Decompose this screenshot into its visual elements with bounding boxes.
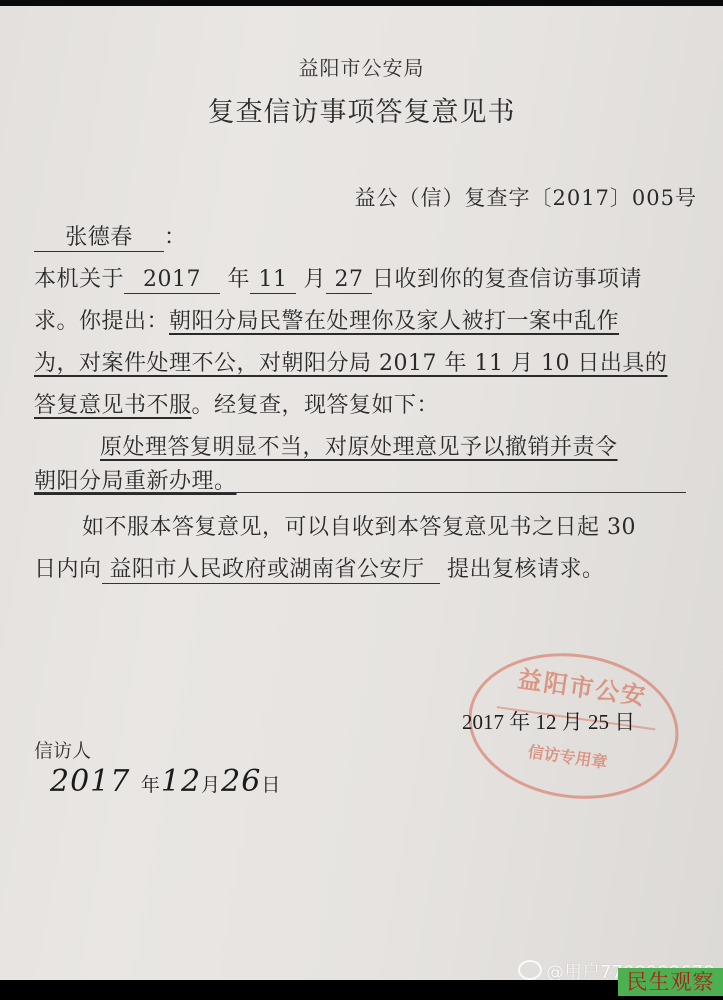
complaint-line-2: 为，对案件处理不公，对朝阳分局 2017 年 11 月 10 日出具的 xyxy=(34,346,667,377)
decision-rule xyxy=(34,492,686,493)
decision-text-1: 原处理答复明显不当，对原处理意见予以撤销并责令 xyxy=(80,435,618,460)
document-title: 复查信访事项答复意见书 xyxy=(0,90,723,129)
hw-day: 26 xyxy=(221,764,261,799)
hw-day-label: 日 xyxy=(261,774,281,796)
year-label: 年 xyxy=(228,267,251,292)
source-badge: 民生观察 xyxy=(618,968,723,996)
month-label: 月 xyxy=(304,267,327,292)
hw-month-label: 月 xyxy=(201,774,221,796)
decision-line-2: 朝阳分局重新办理。 xyxy=(34,464,237,495)
appeal-line-1: 如不服本答复意见，可以自收到本答复意见书之日起 30 xyxy=(82,510,636,541)
appeal-prefix: 日内向 xyxy=(34,557,102,582)
hw-year: 2017 xyxy=(50,764,130,799)
document-number: 益公（信）复查字〔2017〕005号 xyxy=(354,182,697,212)
addressee-name: 张德春 xyxy=(34,225,164,252)
received-day: 27 xyxy=(326,267,372,294)
received-prefix: 本机关于 xyxy=(34,267,124,292)
issuing-organization: 益阳市公安局 xyxy=(0,52,723,81)
petitioner-handwritten-date: 2017 年12月26日 xyxy=(50,764,281,799)
hw-year-label: 年 xyxy=(141,774,161,796)
weibo-icon xyxy=(518,960,542,980)
addressee-line: 张德春： xyxy=(34,220,187,252)
issue-date: 2017 年 12 月 25 日 xyxy=(462,706,635,736)
appeal-suffix: 提出复核请求。 xyxy=(447,557,605,582)
seal-top-text: 益阳市公安 xyxy=(511,658,655,712)
appeal-text-1: 如不服本答复意见，可以自收到本答复意见书之日起 30 xyxy=(82,515,636,540)
received-line: 本机关于2017 年11 月27日收到你的复查信访事项请 xyxy=(34,262,642,294)
appeal-line-2: 日内向益阳市人民政府或湖南省公安厅 提出复核请求。 xyxy=(34,552,605,584)
review-intro: 。经复查，现答复如下： xyxy=(192,393,440,418)
complaint-text-3: 答复意见书不服 xyxy=(34,393,192,418)
complaint-text-1: 朝阳分局民警在处理你及家人被打一案中乱作 xyxy=(169,309,619,334)
document-paper: 益阳市公安局 复查信访事项答复意见书 益公（信）复查字〔2017〕005号 张德… xyxy=(0,6,723,980)
bottom-black-bar xyxy=(0,980,723,1000)
addressee-colon: ： xyxy=(164,225,187,250)
complaint-line-1: 求。你提出：朝阳分局民警在处理你及家人被打一案中乱作 xyxy=(34,304,619,335)
received-month: 11 xyxy=(250,267,296,294)
appeal-authority: 益阳市人民政府或湖南省公安厅 xyxy=(102,557,440,584)
seal-bottom-text: 信访专用章 xyxy=(502,736,634,777)
complaint-text-2: 为，对案件处理不公，对朝阳分局 2017 年 11 月 10 日出具的 xyxy=(34,351,667,376)
complaint-prefix: 求。你提出： xyxy=(34,309,169,334)
petitioner-label: 信访人 xyxy=(34,736,91,763)
received-suffix: 日收到你的复查信访事项请 xyxy=(372,267,642,292)
complaint-line-3: 答复意见书不服。经复查，现答复如下： xyxy=(34,388,439,419)
received-year: 2017 xyxy=(124,267,220,294)
decision-text-2: 朝阳分局重新办理。 xyxy=(34,469,237,494)
decision-line-1: 原处理答复明显不当，对原处理意见予以撤销并责令 xyxy=(80,430,618,461)
hw-month: 12 xyxy=(161,764,201,799)
